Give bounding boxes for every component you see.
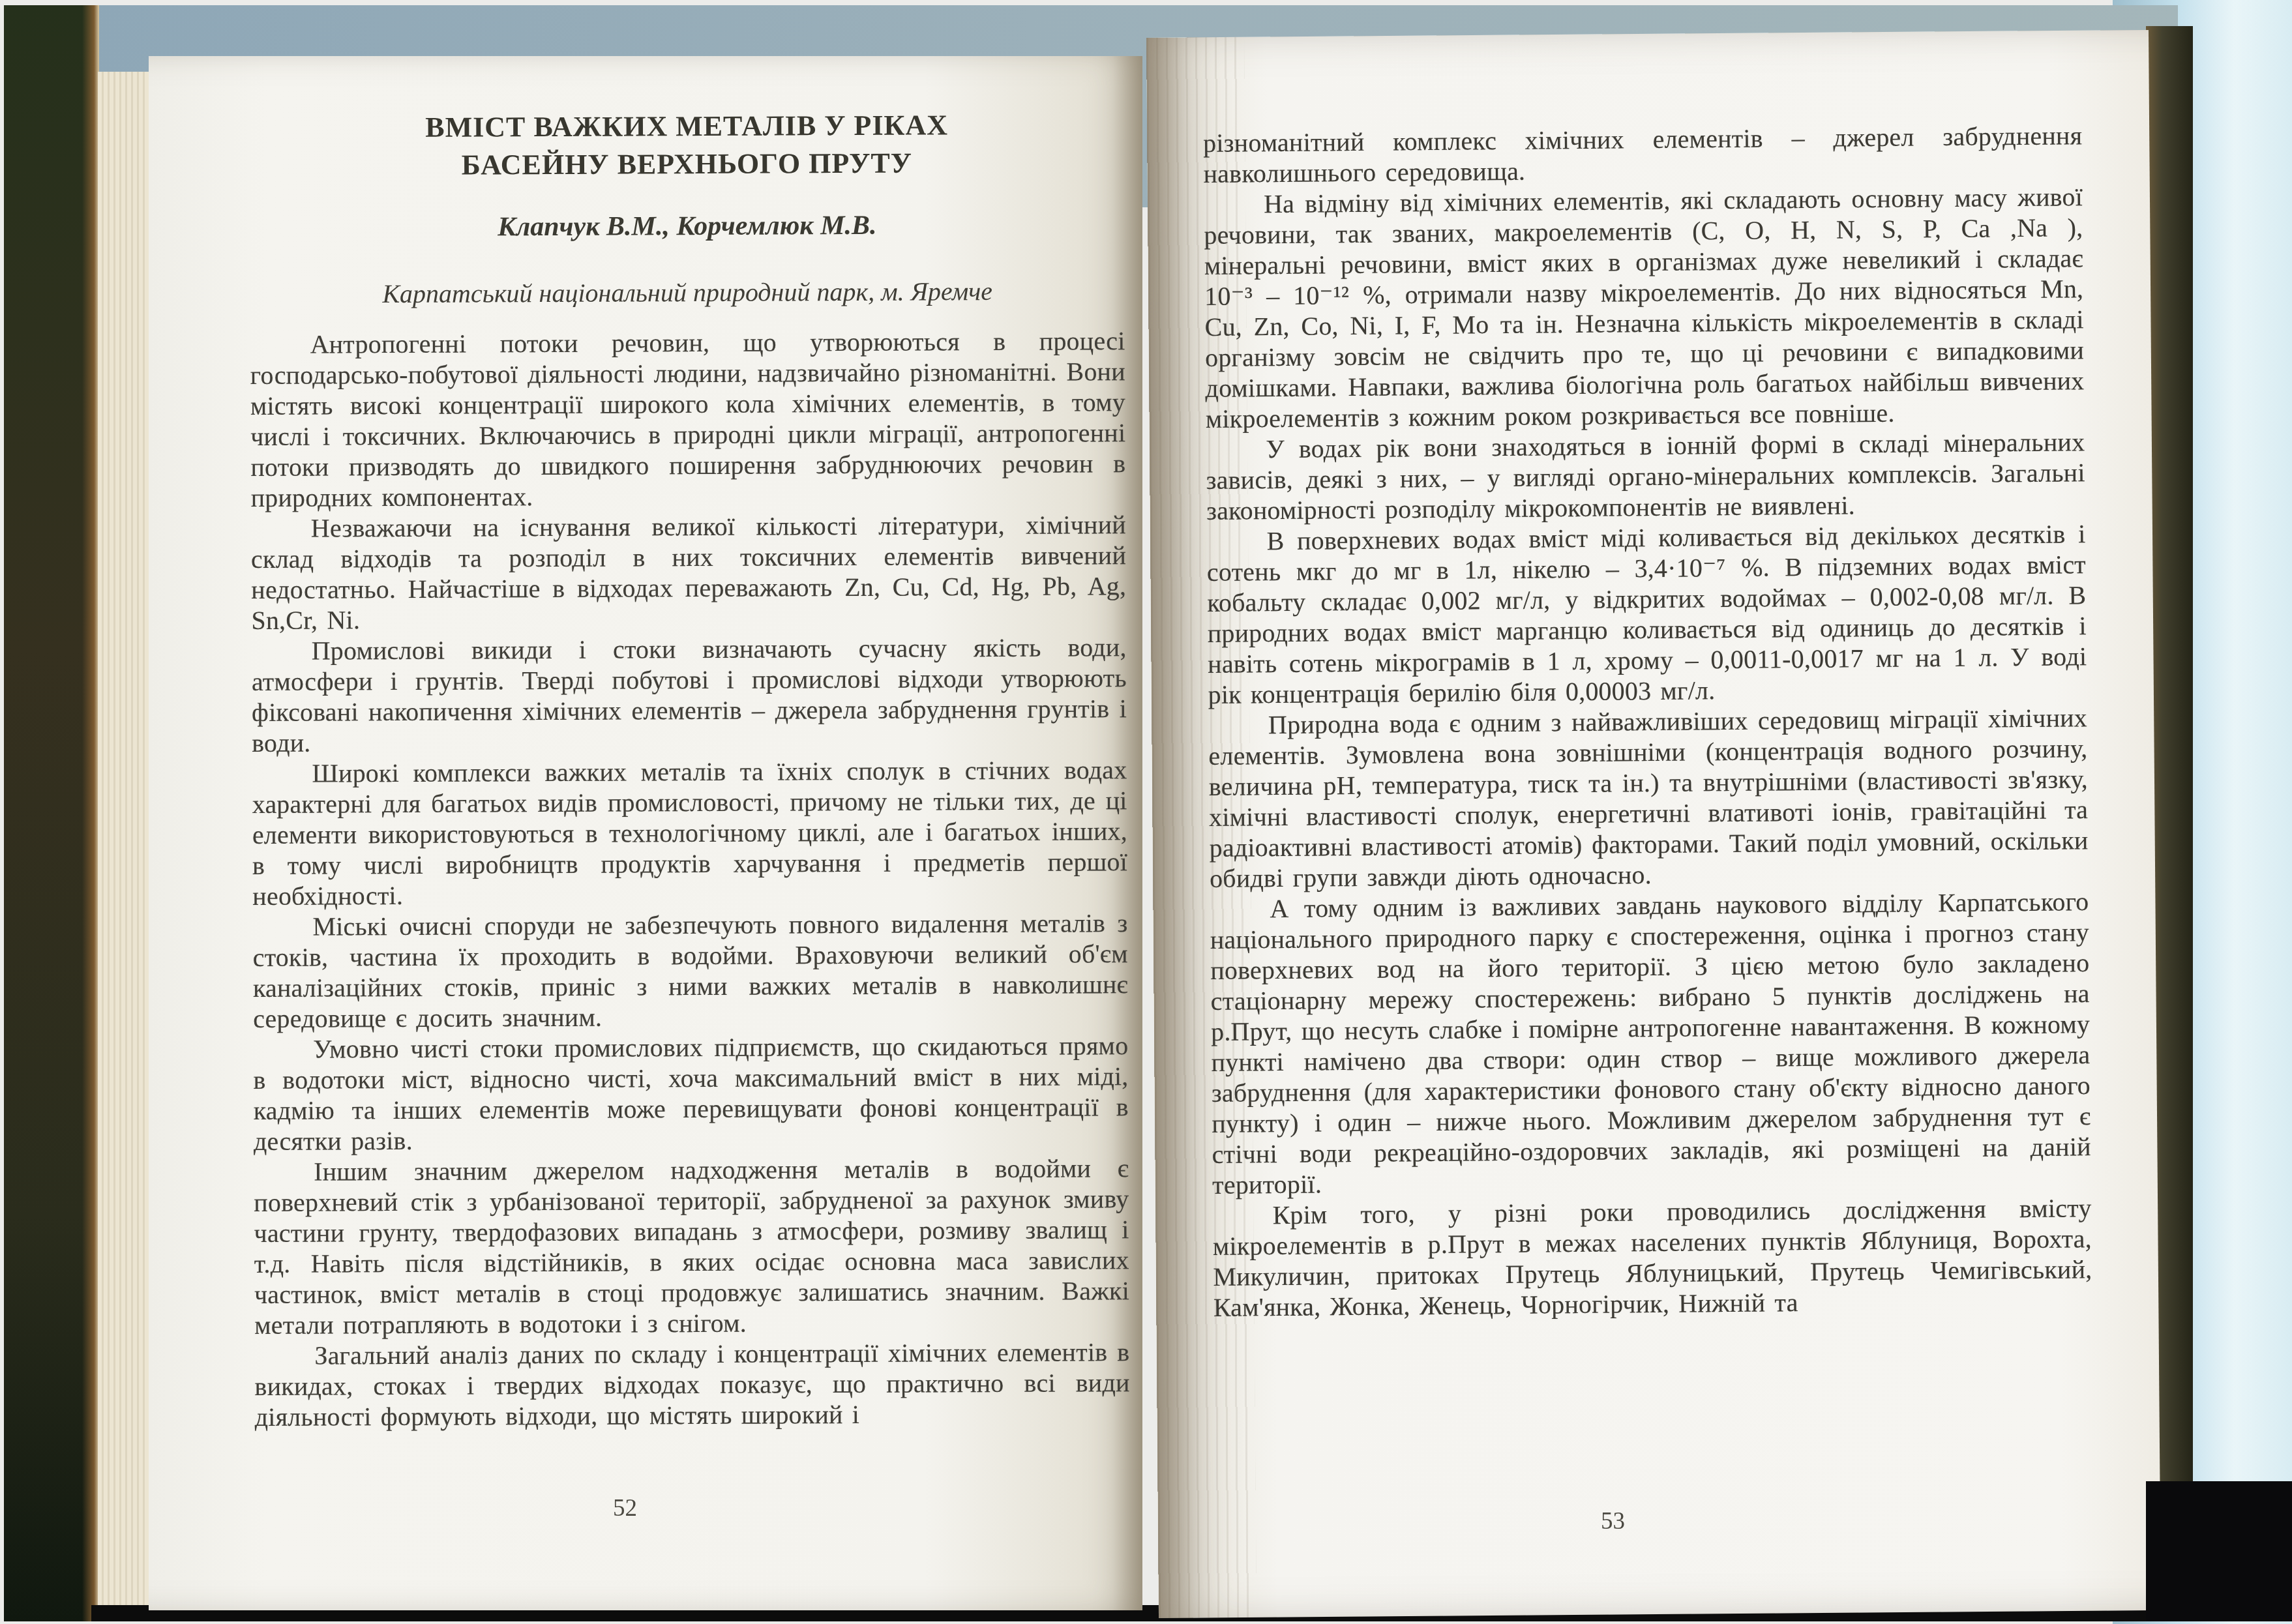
paragraph: Промислові викиди і стоки визначають суч… <box>252 632 1127 758</box>
article-title: ВМІСТ ВАЖКИХ МЕТАЛІВ У РІКАХ БАСЕЙНУ ВЕР… <box>249 106 1124 185</box>
book-scan: ВМІСТ ВАЖКИХ МЕТАЛІВ У РІКАХ БАСЕЙНУ ВЕР… <box>0 0 2292 1624</box>
scan-black-corner <box>2146 1481 2292 1621</box>
article-affiliation: Карпатський національний природний парк,… <box>250 275 1125 310</box>
paragraph: Природна вода є одним з найважливіших се… <box>1208 702 2089 894</box>
right-page-body: різноманітний комплекс хімічних елементі… <box>1203 120 2092 1323</box>
paragraph: Крім того, у різні роки проводились досл… <box>1212 1192 2092 1323</box>
page-number-right: 53 <box>1601 1507 1625 1535</box>
paragraph: Антропогенні потоки речовин, що утворюют… <box>250 325 1125 513</box>
article-title-line1: ВМІСТ ВАЖКИХ МЕТАЛІВ У РІКАХ <box>249 106 1124 147</box>
left-page-body: Антропогенні потоки речовин, що утворюют… <box>250 325 1129 1432</box>
page-number-left: 52 <box>613 1494 637 1522</box>
paragraph: Умовно чисті стоки промислових підприємс… <box>253 1030 1129 1157</box>
article-title-line2: БАСЕЙНУ ВЕРХНЬОГО ПРУТУ <box>249 143 1124 185</box>
paragraph: Незважаючи на існування великої кількост… <box>251 509 1127 636</box>
book-cover-edge-left <box>4 5 99 1621</box>
paragraph: На відміну від хімічних елементів, які с… <box>1204 181 2085 434</box>
paragraph: Міські очисні споруди не забезпечують по… <box>252 908 1128 1034</box>
paragraph: Широкі комплекси важких металів та їхніх… <box>252 754 1127 911</box>
paragraph: У водах рік вони знаходяться в іонній фо… <box>1206 426 2085 526</box>
paragraph: А тому одним із важливих завдань науково… <box>1210 886 2091 1200</box>
paragraph: В поверхневих водах вміст міді коливаєть… <box>1206 518 2087 710</box>
paragraph: Іншим значним джерелом надходження метал… <box>254 1153 1129 1340</box>
article-authors: Клапчук В.М., Корчемлюк М.В. <box>250 209 1125 244</box>
right-page-content: різноманітний комплекс хімічних елементі… <box>1203 120 2092 1323</box>
paragraph: різноманітний комплекс хімічних елементі… <box>1203 120 2083 189</box>
left-page-content: ВМІСТ ВАЖКИХ МЕТАЛІВ У РІКАХ БАСЕЙНУ ВЕР… <box>249 106 1130 1432</box>
paragraph: Загальний аналіз даних по складу і конце… <box>254 1336 1130 1432</box>
